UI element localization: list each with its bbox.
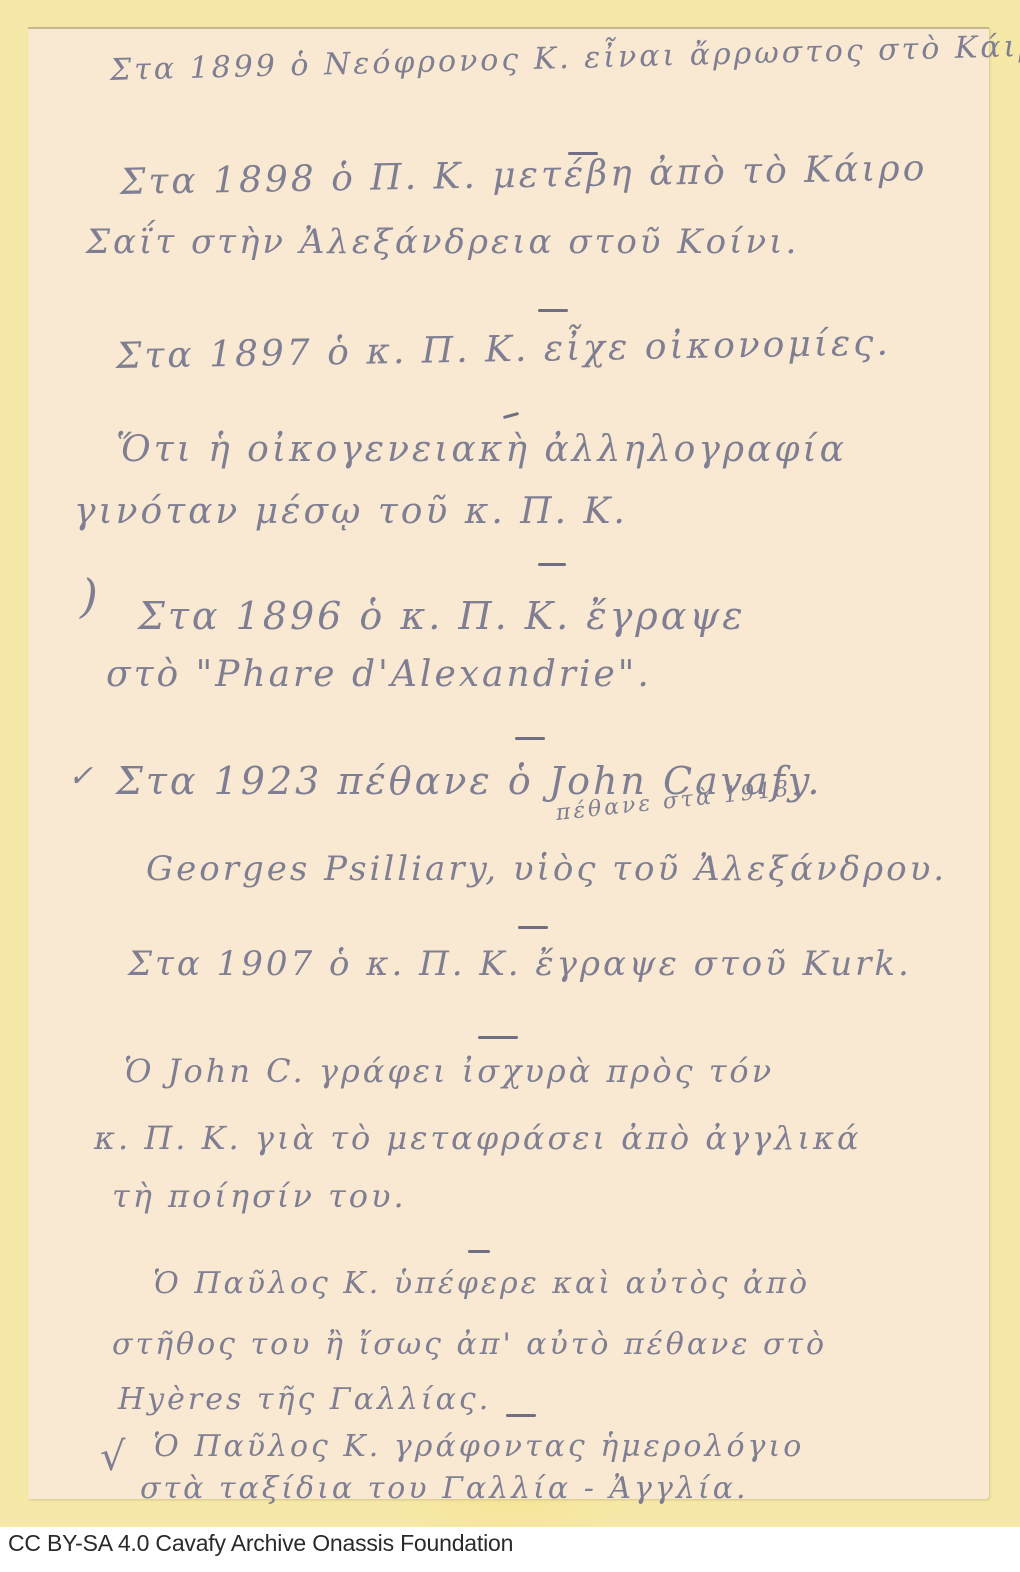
manuscript-line-13: κ. Π. Κ. γιὰ τὸ μεταφράσει ἀπὸ ἀγγλικά: [94, 1119, 862, 1157]
manuscript-line-6: γινόταν μέσῳ τοῦ κ. Π. Κ.: [74, 491, 628, 532]
separator-dash: [538, 309, 568, 312]
manuscript-line-15: Ὁ Παῦλος Κ. ὑπέφερε καὶ αὐτὸς ἀπὸ: [153, 1266, 810, 1301]
separator-dash: [506, 1414, 536, 1417]
manuscript-line-8: στὸ "Phare d'Alexandrie".: [106, 654, 652, 695]
manuscript-line-16: στῆθος του ἢ ἴσως ἀπ' αὐτὸ πέθανε στὸ: [112, 1327, 827, 1362]
manuscript-line-12: Ὁ John C. γράφει ἰσχυρὰ πρὸς τόν: [124, 1052, 774, 1090]
separator-dash: [478, 1036, 518, 1039]
margin-check-mark: ): [80, 569, 98, 623]
manuscript-line-3: Σαΐτ στὴν Ἀλεξάνδρεια στοῦ Κοίνι.: [86, 222, 799, 262]
manuscript-line-7: Στα 1896 ὁ κ. Π. Κ. ἔγραψε: [138, 594, 746, 638]
manuscript-line-2: Στα 1898 ὁ Π. Κ. μετέβη ἀπὸ τὸ Κάιρο: [120, 148, 928, 203]
manuscript-line-4: Στα 1897 ὁ κ. Π. Κ. εἶχε οἰκονομίες.: [116, 322, 892, 377]
manuscript-line-1: Στα 1899 ὁ Νεόφρονος Κ. εἶναι ἄρρωστος σ…: [110, 28, 1020, 88]
separator-dash: [468, 1250, 490, 1253]
manuscript-line-10: Georges Psilliary, υἱὸς τοῦ Ἀλεξάνδρου.: [146, 849, 947, 889]
manuscript-line-18: Ὁ Παῦλος Κ. γράφοντας ἡμερολόγιο: [153, 1429, 804, 1464]
manuscript-line-17: Hyères τῆς Γαλλίας.: [118, 1382, 491, 1417]
manuscript-line-19: στὰ ταξίδια του Γαλλία - Ἀγγλία.: [140, 1471, 749, 1506]
manuscript-line-11: Στα 1907 ὁ κ. Π. Κ. ἔγραψε στοῦ Kurk.: [128, 944, 912, 984]
license-caption: CC BY-SA 4.0 Cavafy Archive Onassis Foun…: [8, 1530, 513, 1557]
margin-check-mark: ✓: [68, 759, 93, 794]
manuscript-page: Στα 1899 ὁ Νεόφρονος Κ. εἶναι ἄρρωστος σ…: [28, 27, 989, 1499]
separator-dash: [503, 412, 519, 419]
separator-dash: [515, 737, 545, 740]
manuscript-line-14: τὴ ποίησίν του.: [112, 1177, 407, 1215]
archive-mount-background: Στα 1899 ὁ Νεόφρονος Κ. εἶναι ἄρρωστος σ…: [0, 0, 1020, 1527]
margin-check-mark: √: [100, 1434, 126, 1480]
separator-dash: [538, 563, 566, 566]
separator-dash: [518, 926, 548, 929]
manuscript-line-5: Ὅτι ἡ οἰκογενειακὴ ἀλληλογραφία: [116, 429, 847, 470]
